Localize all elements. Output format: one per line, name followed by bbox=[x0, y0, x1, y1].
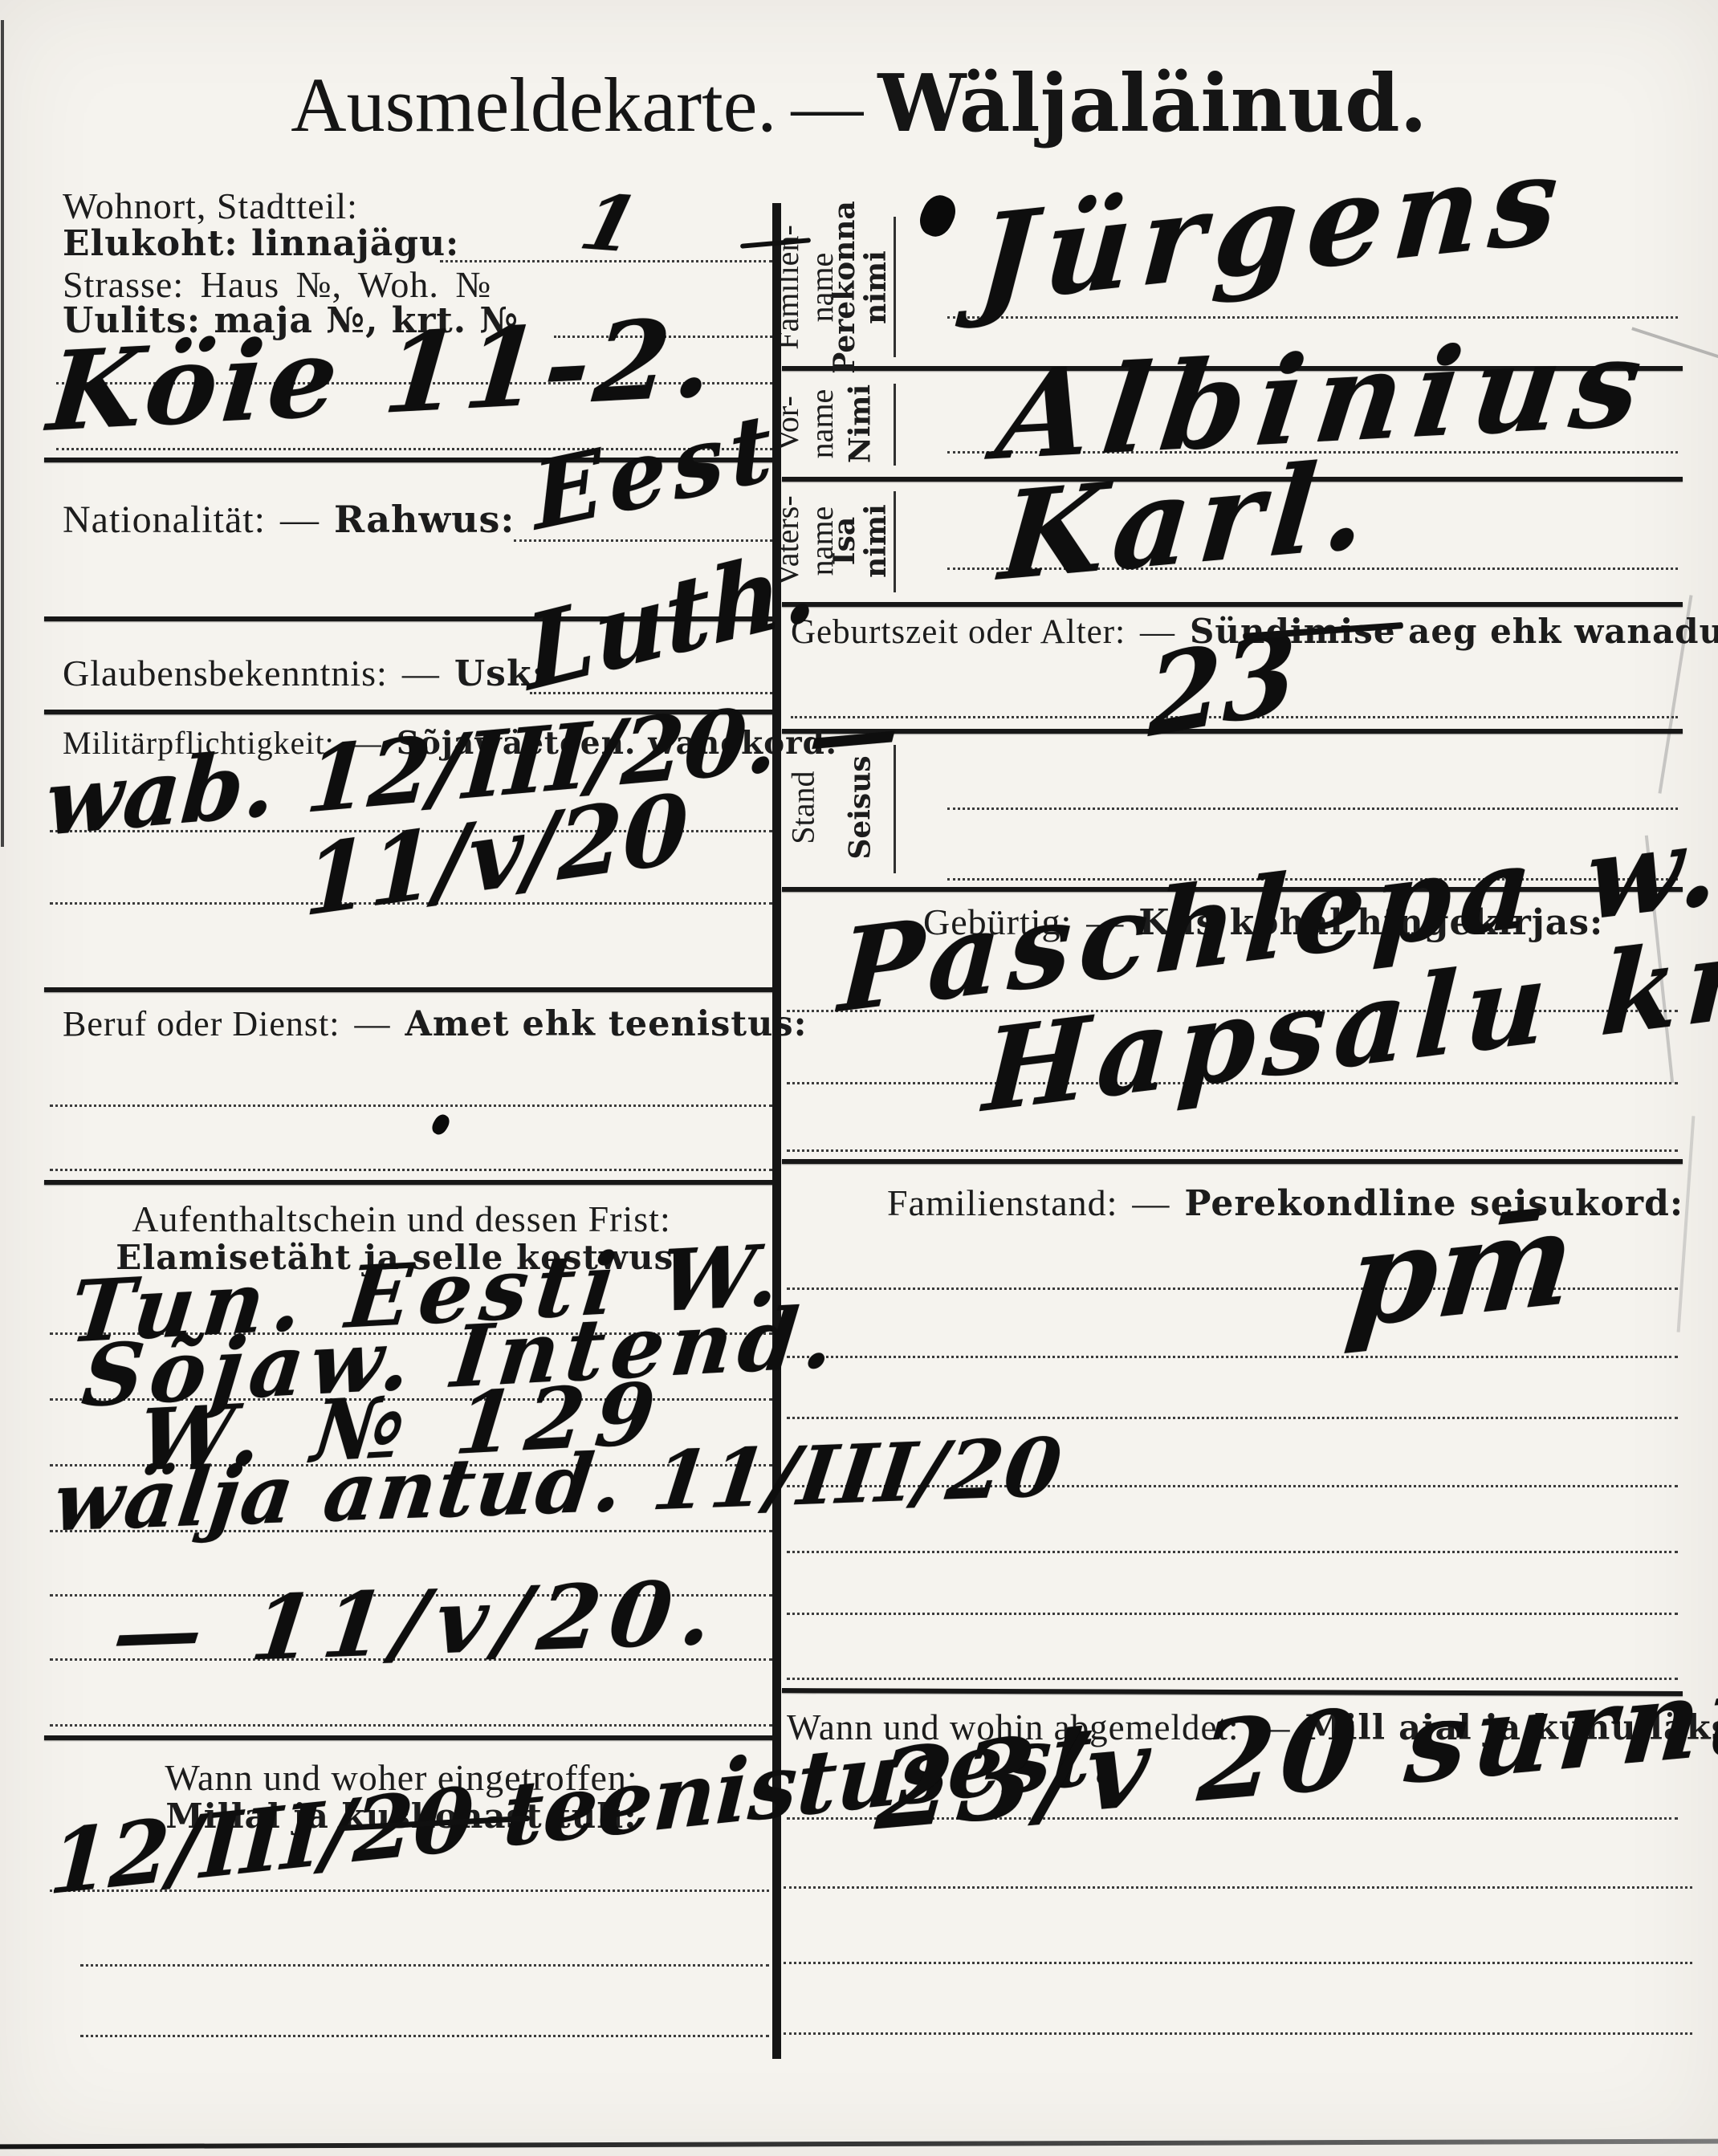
section-rule bbox=[44, 1735, 775, 1740]
dotted-line bbox=[80, 1964, 769, 1967]
dotted-line bbox=[787, 1417, 1678, 1419]
paper-wrinkle bbox=[1677, 1116, 1696, 1332]
dotted-line bbox=[787, 1551, 1678, 1553]
section-rule bbox=[44, 1180, 775, 1185]
handwriting-age: 23 bbox=[1148, 606, 1297, 762]
field-religion: Glaubensbekenntnis:—Usk: bbox=[63, 652, 546, 694]
title-estonian: Wäljaläinud. bbox=[877, 58, 1427, 150]
label-amet: Amet ehk teenistus: bbox=[405, 1004, 807, 1044]
dotted-line bbox=[787, 1356, 1678, 1358]
dotted-line bbox=[784, 1962, 1692, 1964]
title-separator: — bbox=[791, 66, 863, 148]
label-glaubensbekenntnis: Glaubensbekenntnis: bbox=[63, 653, 388, 694]
scan-edge-bottom bbox=[0, 2139, 1718, 2150]
handwriting-district-number: 1 bbox=[572, 178, 647, 270]
dotted-line bbox=[787, 1149, 1678, 1152]
section-rule bbox=[782, 1159, 1683, 1164]
section-rule bbox=[782, 602, 1683, 607]
label-isa-nimi: Isa nimi bbox=[829, 504, 892, 578]
ink-speck bbox=[429, 1112, 453, 1137]
title-german: Ausmeldekarte. bbox=[291, 60, 776, 149]
label-divider bbox=[894, 491, 896, 592]
label-divider bbox=[894, 217, 896, 357]
label-familienstand: Familienstand: bbox=[887, 1182, 1118, 1223]
page-title: Ausmeldekarte. — Wäljaläinud. bbox=[0, 58, 1718, 150]
ink-blob bbox=[914, 190, 961, 242]
handwriting-family-name: Jürgens bbox=[974, 127, 1572, 332]
dotted-line bbox=[947, 807, 1678, 810]
registration-card: Ausmeldekarte. — Wäljaläinud. Wohnort, S… bbox=[0, 0, 1718, 2156]
section-rule bbox=[44, 987, 775, 992]
label-wohnort: Wohnort, Stadtteil: bbox=[63, 185, 358, 227]
dotted-line bbox=[50, 1169, 772, 1171]
dotted-line bbox=[787, 1613, 1678, 1615]
label-divider bbox=[894, 384, 896, 466]
field-profession: Beruf oder Dienst:—Amet ehk teenistus: bbox=[63, 1003, 808, 1044]
label-rahwus: Rahwus: bbox=[334, 498, 515, 541]
label-beruf: Beruf oder Dienst: bbox=[63, 1004, 340, 1043]
label-geburtszeit: Geburtszeit oder Alter: bbox=[791, 613, 1126, 651]
label-nationalitaet: Nationalität: bbox=[63, 498, 266, 541]
handwriting-departure: 23/v 20 surnud. bbox=[872, 1635, 1718, 1855]
handwriting-permit-5: — 11/v/20. bbox=[108, 1560, 727, 1686]
handwriting-family-status: pm̄ bbox=[1341, 1181, 1582, 1358]
label-nimi: Nimi bbox=[845, 384, 877, 463]
field-nationality: Nationalität:—Rahwus: bbox=[63, 498, 515, 542]
dotted-line bbox=[50, 1724, 772, 1727]
dotted-line bbox=[50, 1104, 772, 1107]
label-elukoht: Elukoht: linnajägu: bbox=[63, 223, 459, 264]
dotted-line bbox=[784, 1886, 1692, 1889]
dotted-line bbox=[80, 2035, 769, 2037]
label-perekonna-nimi: Perekonna nimi bbox=[829, 201, 892, 374]
dotted-line bbox=[784, 2032, 1692, 2035]
